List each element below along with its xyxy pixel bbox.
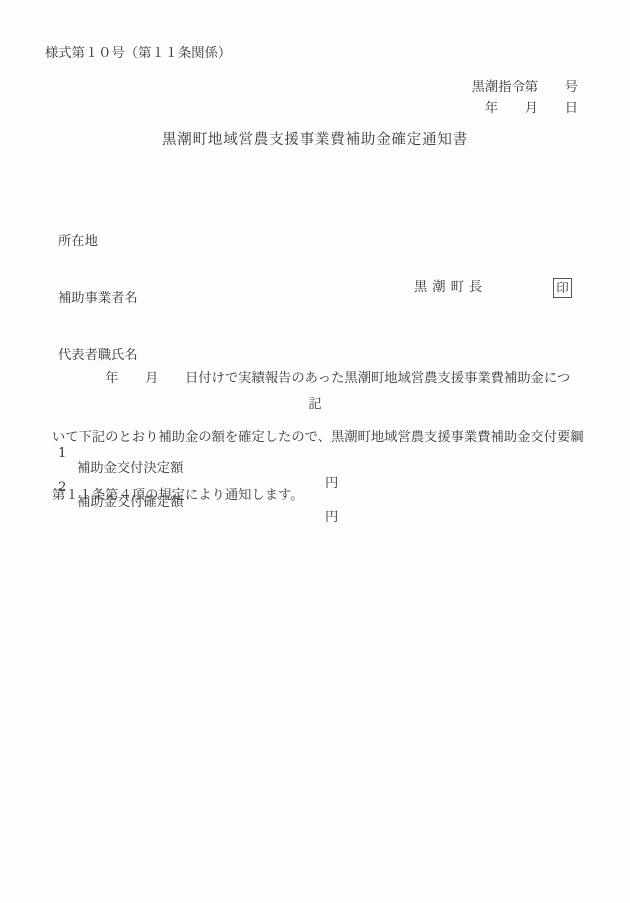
document-title: 黒潮町地域営農支援事業費補助金確定通知書 bbox=[0, 133, 630, 148]
document-page: 様式第１０号（第１１条関係） 黒潮指令第 号 年 月 日 黒潮町地域営農支援事業… bbox=[0, 0, 630, 903]
seal-mark: 印 bbox=[556, 282, 569, 295]
item-label-confirmed-amount: 補助金交付確定額 bbox=[77, 495, 183, 510]
issue-date-line: 年 月 日 bbox=[485, 101, 578, 116]
item-row-decided-amount: 1 補助金交付決定額 円 bbox=[0, 431, 630, 447]
directive-number-line: 黒潮指令第 号 bbox=[472, 80, 578, 95]
addressee-business-name-label: 補助事業者名 bbox=[58, 289, 138, 308]
issuer-name: 黒潮町長 bbox=[414, 280, 487, 295]
item-number: 1 bbox=[58, 446, 66, 461]
item-unit-yen: 円 bbox=[325, 510, 338, 525]
item-row-confirmed-amount: 2 補助金交付確定額 円 bbox=[0, 465, 630, 481]
form-number: 様式第１０号（第１１条関係） bbox=[45, 46, 231, 61]
seal-box: 印 bbox=[553, 278, 572, 298]
addressee-location-label: 所在地 bbox=[58, 232, 138, 251]
ki-marker: 記 bbox=[0, 397, 630, 412]
body-line-1: 年 月 日付けで実績報告のあった黒潮町地域営農支援事業費補助金につ bbox=[52, 369, 584, 389]
item-number: 2 bbox=[58, 480, 66, 495]
